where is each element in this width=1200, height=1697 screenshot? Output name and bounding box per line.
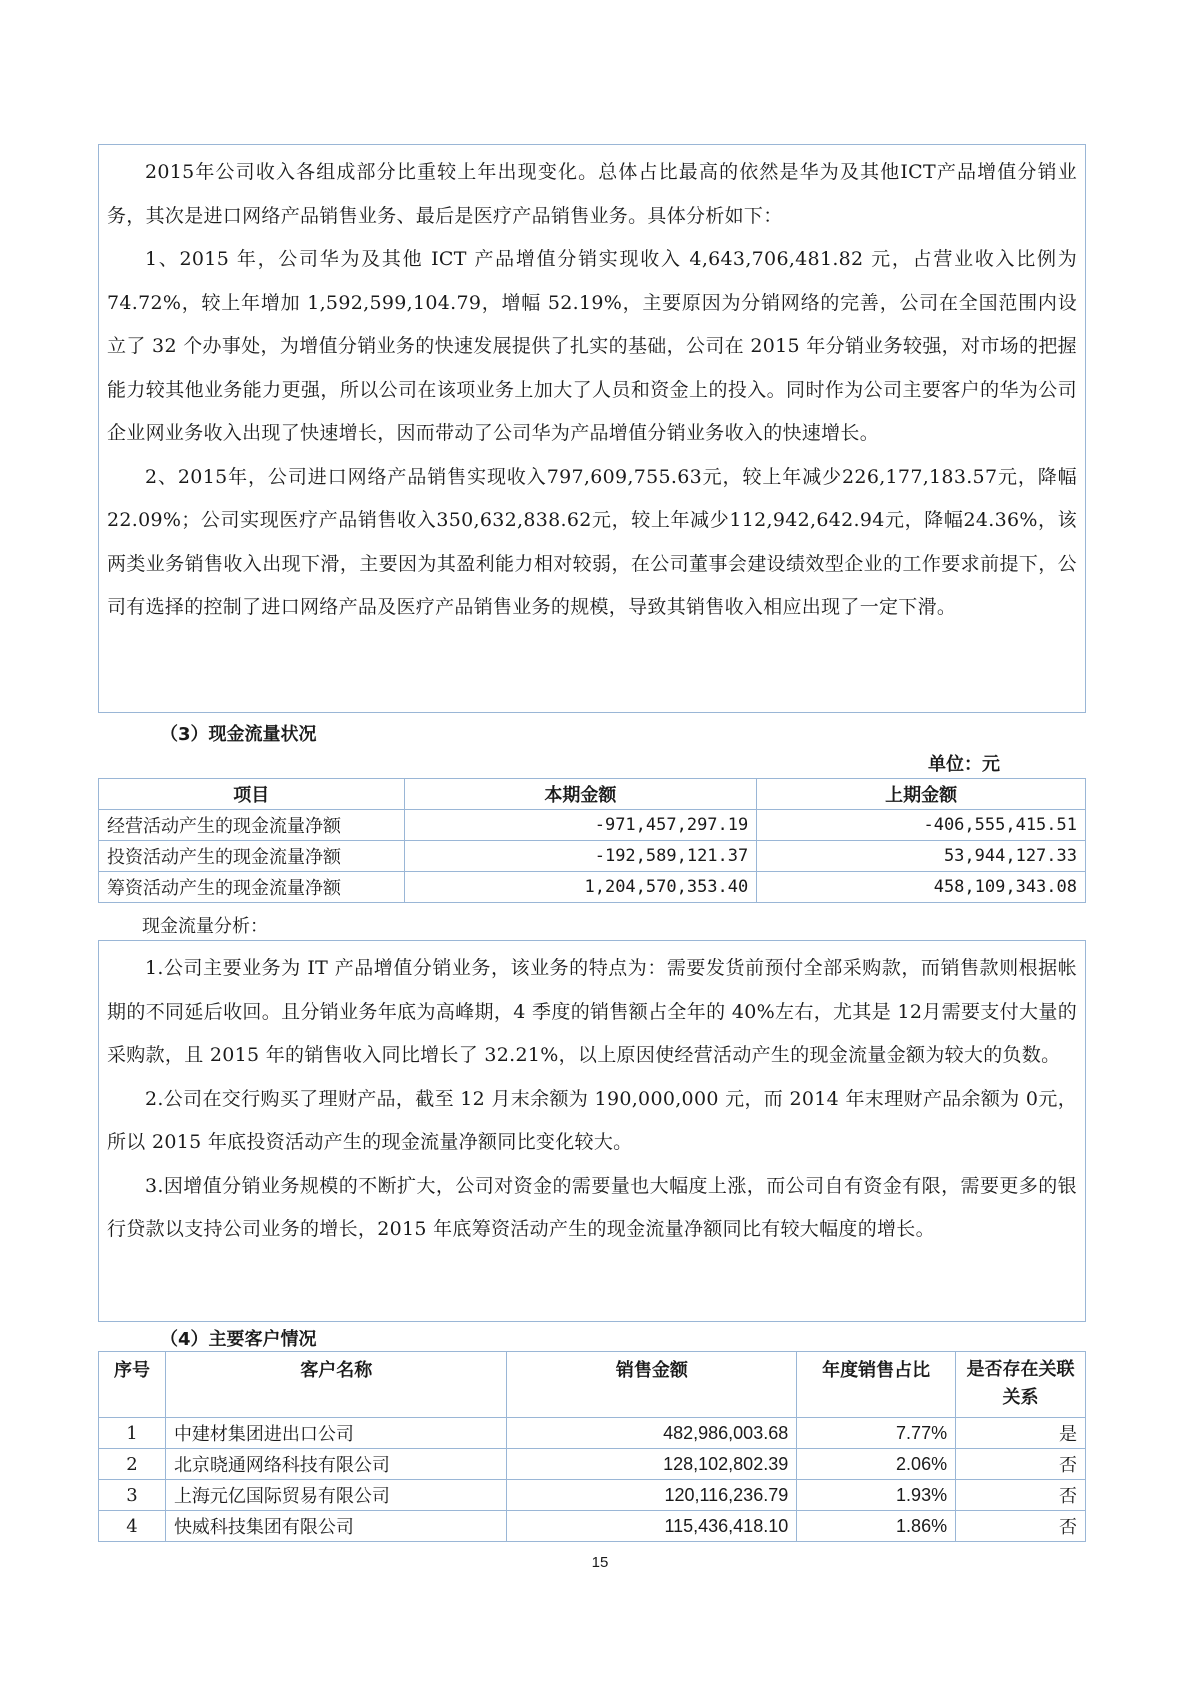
sales-ratio: 1.93% [797,1480,956,1511]
cash-flow-table: 项目 本期金额 上期金额 经营活动产生的现金流量净额 -971,457,297.… [98,778,1086,903]
analysis-paragraph: 1.公司主要业务为 IT 产品增值分销业务，该业务的特点为：需要发货前预付全部采… [107,947,1077,1078]
previous-amount: 53,944,127.33 [757,841,1086,872]
related-party: 是 [956,1418,1086,1449]
table-row: 2 北京晓通网络科技有限公司 128,102,802.39 2.06% 否 [99,1449,1086,1480]
customer-name: 中建材集团进出口公司 [165,1418,507,1449]
sales-ratio: 2.06% [797,1449,956,1480]
customers-title: （4）主要客户情况 [160,1325,317,1351]
row-label: 投资活动产生的现金流量净额 [99,841,405,872]
previous-amount: 458,109,343.08 [757,872,1086,903]
row-index: 1 [99,1418,166,1449]
page-number: 15 [0,1554,1200,1571]
table-row: 4 快威科技集团有限公司 115,436,418.10 1.86% 否 [99,1511,1086,1542]
revenue-analysis-box: 2015年公司收入各组成部分比重较上年出现变化。总体占比最高的依然是华为及其他I… [98,144,1086,713]
sales-ratio: 1.86% [797,1511,956,1542]
related-party: 否 [956,1480,1086,1511]
table-row: 投资活动产生的现金流量净额 -192,589,121.37 53,944,127… [99,841,1086,872]
header-index: 序号 [99,1352,166,1418]
table-header-row: 项目 本期金额 上期金额 [99,779,1086,810]
header-customer-name: 客户名称 [165,1352,507,1418]
header-sales-ratio: 年度销售占比 [797,1352,956,1418]
row-index: 2 [99,1449,166,1480]
cash-flow-title: （3）现金流量状况 [160,720,317,746]
header-sales-amount: 销售金额 [507,1352,797,1418]
table-row: 3 上海元亿国际贸易有限公司 120,116,236.79 1.93% 否 [99,1480,1086,1511]
row-label: 经营活动产生的现金流量净额 [99,810,405,841]
unit-label: 单位：元 [928,750,1000,776]
current-amount: -192,589,121.37 [404,841,757,872]
current-amount: -971,457,297.19 [404,810,757,841]
related-party: 否 [956,1511,1086,1542]
sales-amount: 120,116,236.79 [507,1480,797,1511]
sales-amount: 482,986,003.68 [507,1418,797,1449]
customers-table: 序号 客户名称 销售金额 年度销售占比 是否存在关联关系 1 中建材集团进出口公… [98,1351,1086,1542]
related-party: 否 [956,1449,1086,1480]
table-row: 筹资活动产生的现金流量净额 1,204,570,353.40 458,109,3… [99,872,1086,903]
customer-name: 北京晓通网络科技有限公司 [165,1449,507,1480]
row-label: 筹资活动产生的现金流量净额 [99,872,405,903]
revenue-paragraph: 2015年公司收入各组成部分比重较上年出现变化。总体占比最高的依然是华为及其他I… [107,151,1077,238]
sales-amount: 115,436,418.10 [507,1511,797,1542]
table-row: 1 中建材集团进出口公司 482,986,003.68 7.77% 是 [99,1418,1086,1449]
cash-flow-analysis-label: 现金流量分析： [142,912,268,938]
analysis-paragraph: 2.公司在交行购买了理财产品，截至 12 月末余额为 190,000,000 元… [107,1078,1077,1165]
header-current: 本期金额 [404,779,757,810]
sales-amount: 128,102,802.39 [507,1449,797,1480]
customer-name: 快威科技集团有限公司 [165,1511,507,1542]
previous-amount: -406,555,415.51 [757,810,1086,841]
header-previous: 上期金额 [757,779,1086,810]
sales-ratio: 7.77% [797,1418,956,1449]
table-row: 经营活动产生的现金流量净额 -971,457,297.19 -406,555,4… [99,810,1086,841]
header-related-party: 是否存在关联关系 [956,1352,1086,1418]
row-index: 4 [99,1511,166,1542]
cash-flow-analysis-box: 1.公司主要业务为 IT 产品增值分销业务，该业务的特点为：需要发货前预付全部采… [98,940,1086,1322]
customer-name: 上海元亿国际贸易有限公司 [165,1480,507,1511]
row-index: 3 [99,1480,166,1511]
table-header-row: 序号 客户名称 销售金额 年度销售占比 是否存在关联关系 [99,1352,1086,1418]
current-amount: 1,204,570,353.40 [404,872,757,903]
revenue-paragraph: 2、2015年，公司进口网络产品销售实现收入797,609,755.63元，较上… [107,456,1077,630]
analysis-paragraph: 3.因增值分销业务规模的不断扩大，公司对资金的需要量也大幅度上涨，而公司自有资金… [107,1165,1077,1252]
header-item: 项目 [99,779,405,810]
revenue-paragraph: 1、2015 年，公司华为及其他 ICT 产品增值分销实现收入 4,643,70… [107,238,1077,456]
